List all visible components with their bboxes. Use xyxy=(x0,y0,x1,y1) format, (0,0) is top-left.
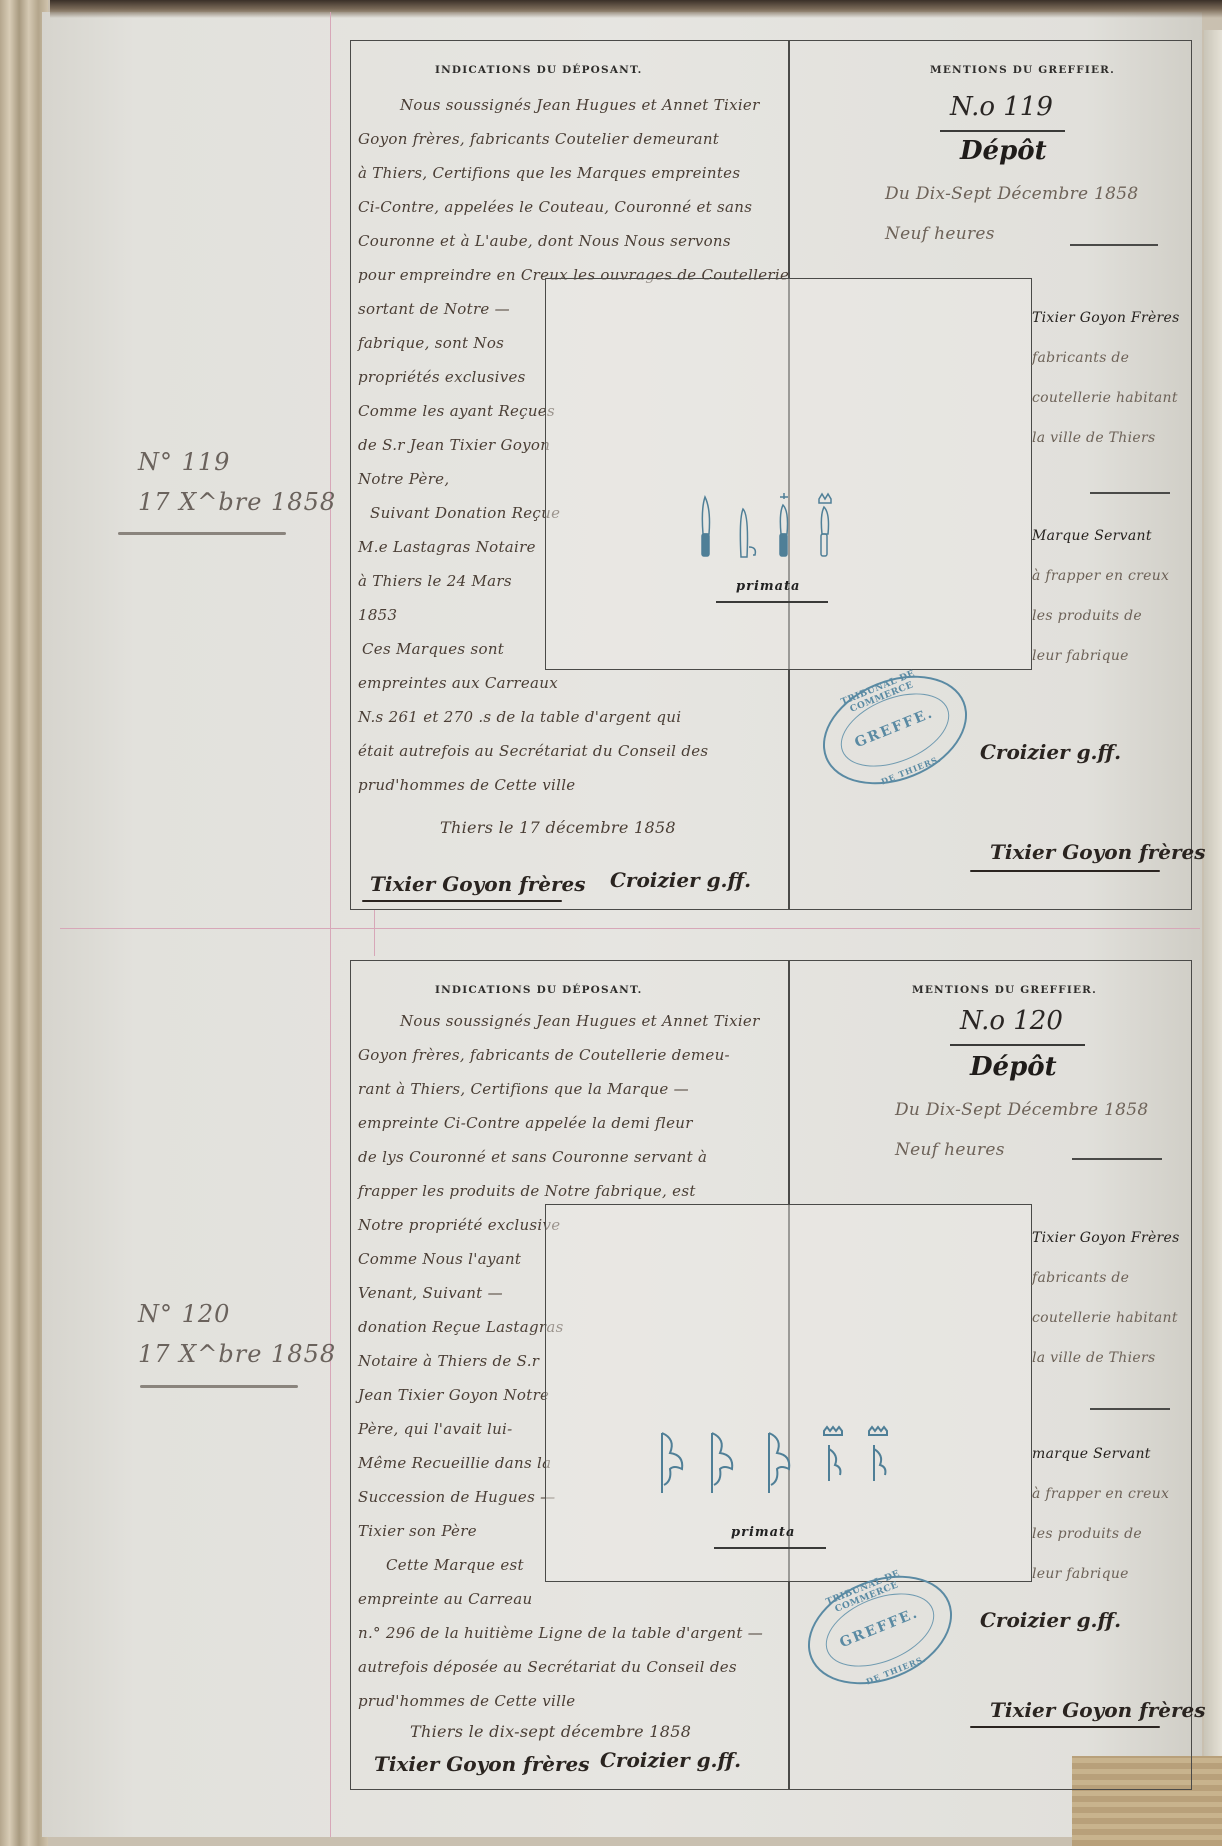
hour-rule xyxy=(1070,244,1158,246)
deposit-hour: Neuf heures xyxy=(885,224,995,244)
deposant-line: Notre propriété exclusive xyxy=(358,1216,560,1234)
deposant-line: Même Recueillie dans la xyxy=(358,1454,551,1472)
deposant-line: à Thiers le 24 Mars xyxy=(358,572,512,590)
margin-line-horizontal xyxy=(60,928,1200,929)
deposant-line: donation Reçue Lastagras xyxy=(358,1318,564,1336)
deposant-line: M.e Lastagras Notaire xyxy=(358,538,536,556)
hour-rule xyxy=(1072,1158,1162,1160)
place-date: Thiers le dix-sept décembre 1858 xyxy=(410,1722,691,1741)
deposant-line: fabrique, sont Nos xyxy=(358,334,504,352)
deposant-line: autrefois déposée au Secrétariat du Cons… xyxy=(358,1658,737,1676)
deposant-line: à Thiers, Certifions que les Marques emp… xyxy=(358,164,740,182)
signature-deposant: Tixier Goyon frères xyxy=(374,1752,590,1776)
deposant-line: Notaire à Thiers de S.r xyxy=(358,1352,539,1370)
greffier-depositor-line: fabricants de xyxy=(1032,1270,1129,1286)
deposant-line: N.s 261 et 270 .s de la table d'argent q… xyxy=(358,708,681,726)
greffier-mark-line: leur fabrique xyxy=(1032,1566,1129,1582)
greffier-mark-line: les produits de xyxy=(1032,1526,1142,1542)
deposant-line: rant à Thiers, Certifions que la Marque … xyxy=(358,1080,689,1098)
deposant-line: Nous soussignés Jean Hugues et Annet Tix… xyxy=(400,96,760,114)
greffier-depositor-signature: Tixier Goyon frères xyxy=(990,840,1206,864)
greffier-mark-line: à frapper en creux xyxy=(1032,1486,1169,1502)
place-date: Thiers le 17 décembre 1858 xyxy=(440,818,676,837)
deposit-date: Du Dix-Sept Décembre 1858 xyxy=(885,184,1139,204)
signature-deposant: Tixier Goyon frères xyxy=(370,872,586,896)
register-entry-120: INDICATIONS DU DÉPOSANT. Nous soussignés… xyxy=(350,960,1192,1790)
margin-note-underline xyxy=(140,1385,298,1388)
section-rule xyxy=(1090,1408,1170,1410)
page-top-shadow xyxy=(50,0,1222,18)
imprint-box: primata xyxy=(545,1204,1032,1582)
deposant-line: Père, qui l'avait lui- xyxy=(358,1420,513,1438)
greffier-depositor-line: Tixier Goyon Frères xyxy=(1032,1230,1180,1246)
deposant-line: propriétés exclusives xyxy=(358,368,526,386)
signature-flourish xyxy=(970,1726,1160,1728)
margin-note-number: N° 120 xyxy=(138,1300,230,1328)
deposant-heading: INDICATIONS DU DÉPOSANT. xyxy=(435,984,642,996)
knife-marks-icon xyxy=(691,489,891,569)
deposant-line: empreinte au Carreau xyxy=(358,1590,533,1608)
deposit-date: Du Dix-Sept Décembre 1858 xyxy=(895,1100,1149,1120)
signature-flourish xyxy=(362,900,562,902)
margin-line-connector xyxy=(374,910,375,956)
depot-title: Dépôt xyxy=(960,136,1047,166)
deposant-line: Tixier son Père xyxy=(358,1522,477,1540)
deposant-line: Succession de Hugues — xyxy=(358,1488,555,1506)
deposit-hour: Neuf heures xyxy=(895,1140,1005,1160)
greffier-mark-line: Marque Servant xyxy=(1032,528,1152,544)
greffier-heading: MENTIONS DU GREFFIER. xyxy=(912,984,1097,996)
greffier-mark-line: leur fabrique xyxy=(1032,648,1129,664)
margin-note-number: N° 119 xyxy=(138,448,230,476)
greffier-mark-line: les produits de xyxy=(1032,608,1142,624)
signature-flourish xyxy=(970,870,1160,872)
deposant-line: prud'hommes de Cette ville xyxy=(358,776,576,794)
deposant-line: sortant de Notre — xyxy=(358,300,510,318)
deposit-number: N.o 119 xyxy=(950,92,1053,122)
deposit-number: N.o 120 xyxy=(960,1006,1063,1036)
greffier-signature: Croizier g.ff. xyxy=(980,1608,1121,1632)
margin-line-vertical xyxy=(330,12,331,1837)
greffier-depositor-line: Tixier Goyon Frères xyxy=(1032,310,1180,326)
deposant-line: était autrefois au Secrétariat du Consei… xyxy=(358,742,708,760)
register-entry-119: INDICATIONS DU DÉPOSANT. Nous soussignés… xyxy=(350,40,1192,910)
deposant-line: n.° 296 de la huitième Ligne de la table… xyxy=(358,1624,763,1642)
greffier-depositor-line: la ville de Thiers xyxy=(1032,1350,1155,1366)
deposant-line: empreintes aux Carreaux xyxy=(358,674,558,692)
section-rule xyxy=(1090,492,1170,494)
greffier-depositor-line: coutellerie habitant xyxy=(1032,390,1178,406)
greffier-depositor-signature: Tixier Goyon frères xyxy=(990,1698,1206,1722)
deposant-line: Notre Père, xyxy=(358,470,449,488)
imprint-label: primata xyxy=(731,1525,795,1540)
greffier-mark-line: à frapper en creux xyxy=(1032,568,1169,584)
deposant-line: Suivant Donation Reçue xyxy=(370,504,560,522)
deposant-line: Goyon frères, fabricants Coutelier demeu… xyxy=(358,130,719,148)
deposant-line: Comme Nous l'ayant xyxy=(358,1250,521,1268)
number-underline xyxy=(940,130,1065,132)
greffier-signature: Croizier g.ff. xyxy=(980,740,1121,764)
deposant-line: Cette Marque est xyxy=(386,1556,524,1574)
margin-note-date: 17 X^bre 1858 xyxy=(138,488,336,516)
margin-note-date: 17 X^bre 1858 xyxy=(138,1340,336,1368)
imprint-box: primata xyxy=(545,278,1032,670)
deposant-line: Couronne et à L'aube, dont Nous Nous ser… xyxy=(358,232,731,250)
deposant-line: de lys Couronné et sans Couronne servant… xyxy=(358,1148,707,1166)
imprint-label: primata xyxy=(736,579,800,594)
margin-note-underline xyxy=(118,532,286,535)
deposant-line: prud'hommes de Cette ville xyxy=(358,1692,576,1710)
deposant-line: Nous soussignés Jean Hugues et Annet Tix… xyxy=(400,1012,760,1030)
greffier-mark-line: marque Servant xyxy=(1032,1446,1151,1462)
greffier-depositor-line: fabricants de xyxy=(1032,350,1129,366)
number-underline xyxy=(950,1044,1085,1046)
depot-title: Dépôt xyxy=(970,1052,1057,1082)
greffier-depositor-line: coutellerie habitant xyxy=(1032,1310,1178,1326)
deposant-line: de S.r Jean Tixier Goyon xyxy=(358,436,550,454)
deposant-line: 1853 xyxy=(358,606,397,624)
imprint-underline xyxy=(716,601,828,603)
deposant-line: Goyon frères, fabricants de Coutellerie … xyxy=(358,1046,730,1064)
deposant-line: Ces Marques sont xyxy=(362,640,504,658)
book-binding xyxy=(0,0,48,1846)
deposant-line: Venant, Suivant — xyxy=(358,1284,503,1302)
deposant-line: Comme les ayant Reçues xyxy=(358,402,555,420)
signature-greffier: Croizier g.ff. xyxy=(600,1748,741,1772)
greffier-depositor-line: la ville de Thiers xyxy=(1032,430,1155,446)
fleur-de-lys-marks-icon xyxy=(654,1425,914,1505)
deposant-heading: INDICATIONS DU DÉPOSANT. xyxy=(435,64,642,76)
deposant-line: Jean Tixier Goyon Notre xyxy=(358,1386,549,1404)
next-page-edge xyxy=(1204,30,1222,1830)
signature-greffier: Croizier g.ff. xyxy=(610,868,751,892)
greffier-heading: MENTIONS DU GREFFIER. xyxy=(930,64,1115,76)
deposant-line: frapper les produits de Notre fabrique, … xyxy=(358,1182,696,1200)
deposant-line: Ci-Contre, appelées le Couteau, Couronné… xyxy=(358,198,752,216)
deposant-line: empreinte Ci-Contre appelée la demi fleu… xyxy=(358,1114,693,1132)
imprint-underline xyxy=(714,1547,826,1549)
